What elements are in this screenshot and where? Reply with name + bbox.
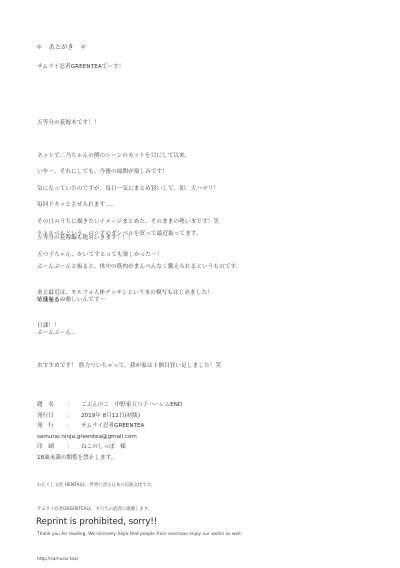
text-line: 日課！！	[37, 321, 213, 332]
text-line: 五等分の花嫁本です！！	[37, 118, 219, 129]
text-line: いや～、それにしても、今後の展開が楽しみです！	[37, 167, 168, 178]
text-line: おすすめです！ 筋力ついちゃって、我が家は１個目買い足しました！笑	[37, 361, 241, 372]
greeting: サムライ忍者GREENTEAでーす！	[37, 62, 124, 73]
colophon-value: ごぶんのこ 中野家五つ子ハーレムEND	[81, 400, 182, 411]
text-line: ケトルベルという、ロシアのダンベルを買って最近振ってます。	[37, 229, 241, 240]
age-notice: 18歳未満の閲覧を禁止します。	[37, 453, 182, 464]
colophon-value: サムライ忍者GREENTEA	[81, 421, 144, 432]
colophon-row: 題 名：ごぶんのこ 中野家五つ子ハーレムEND	[37, 400, 182, 411]
colophon-key: 印 刷	[37, 442, 67, 453]
note-line: わたくし文化 HENTAIは、世界に誇る日本の伝統文化です。	[37, 482, 242, 490]
colophon-value: 2019年 8月12日(初版)	[81, 411, 140, 422]
colophon-email: samurai.ninja.greentea@gmail.com	[37, 432, 182, 443]
note-line: Thank you for reading. We sincerely hope…	[37, 531, 242, 539]
colophon-row: 発 行：サムライ忍者GREENTEA	[37, 421, 182, 432]
afterword-heading: ＊ あとがき ＊	[36, 42, 86, 53]
note-line: サムライ忍者GREENTEAは、すべての読者に感謝します。	[37, 506, 242, 514]
colophon-key: 題 名	[37, 400, 67, 411]
closing: ではまたー！	[37, 296, 71, 307]
colophon-row: 発行日：2019年 8月12日(初版)	[37, 411, 182, 422]
colophon-value: ねこのしっぽ 様	[81, 442, 126, 453]
reprint-notice: Reprint is prohibited, sorry!!	[36, 517, 157, 527]
colophon-key: 発 行	[37, 421, 67, 432]
colophon: 題 名：ごぶんのこ 中野家五つ子ハーレムEND 発行日：2019年 8月12日(…	[37, 400, 182, 463]
email-text: samurai.ninja.greentea@gmail.com	[37, 432, 137, 443]
note-line: http://samurai.tea/	[37, 556, 242, 564]
colophon-key: 発行日	[37, 411, 67, 422]
colophon-row: 印 刷：ねこのしっぽ 様	[37, 442, 182, 453]
